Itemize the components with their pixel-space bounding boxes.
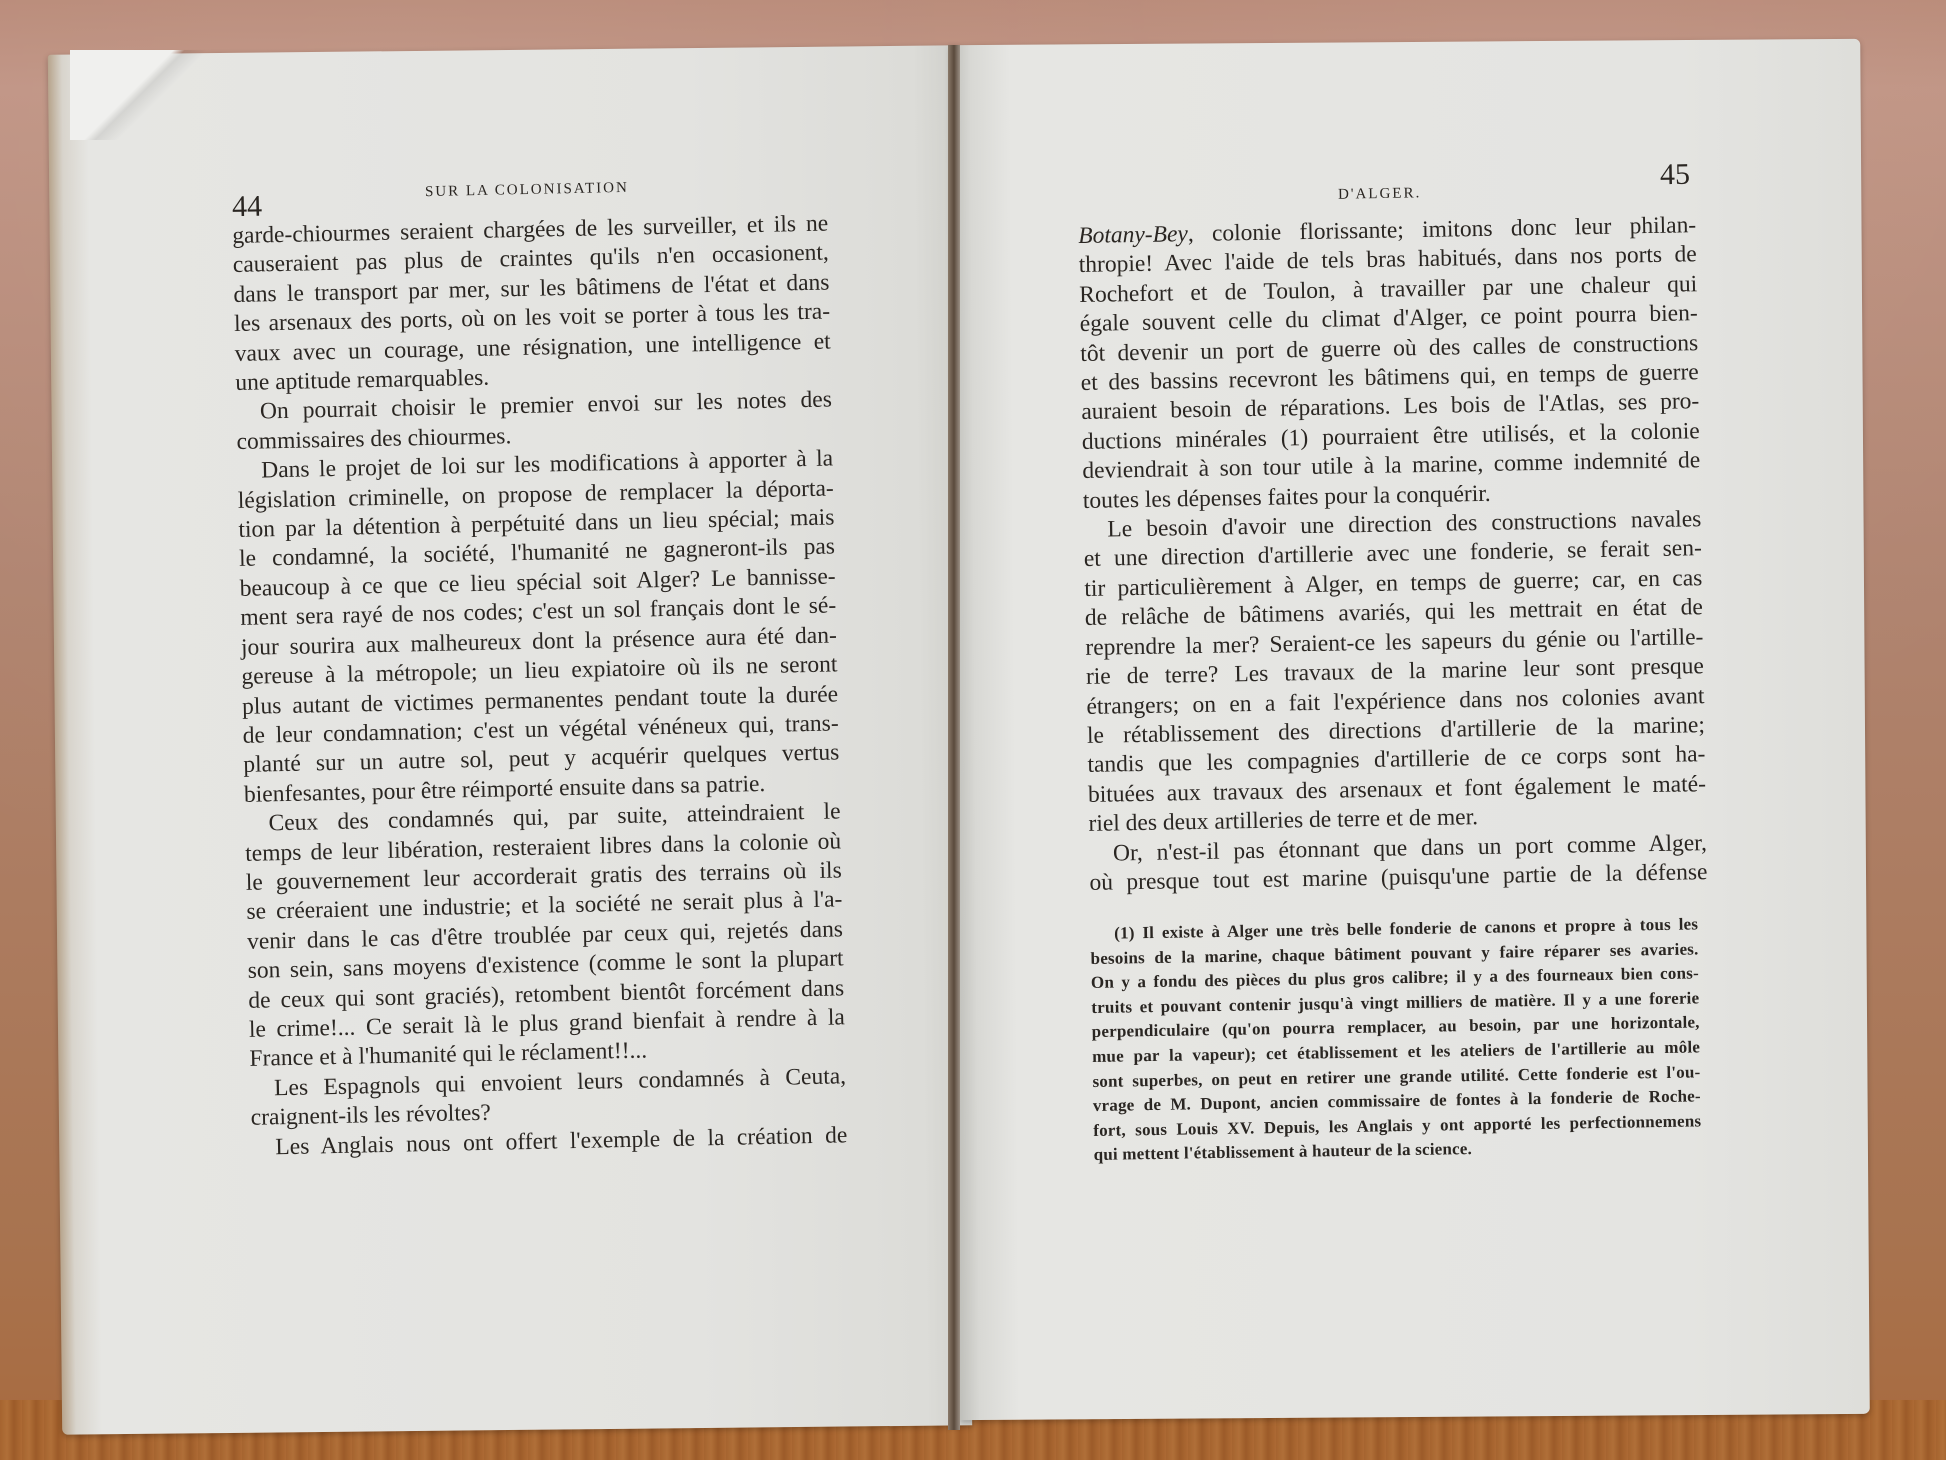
footnote: (1) Il existe à Alger une très belle fon… — [1090, 912, 1702, 1167]
right-page-body: Botany-Bey, colonie florissante; imitons… — [1078, 211, 1708, 898]
page-number-left: 44 — [232, 190, 263, 225]
left-page-body: garde-chiourmes seraient chargées de les… — [232, 210, 848, 1163]
page-number-right: 45 — [1660, 158, 1691, 193]
italic-place-name: Botany-Bey — [1078, 221, 1188, 249]
running-head-right: D'ALGER. — [1338, 185, 1422, 203]
book-gutter — [948, 45, 960, 1430]
folded-corner — [70, 50, 210, 140]
